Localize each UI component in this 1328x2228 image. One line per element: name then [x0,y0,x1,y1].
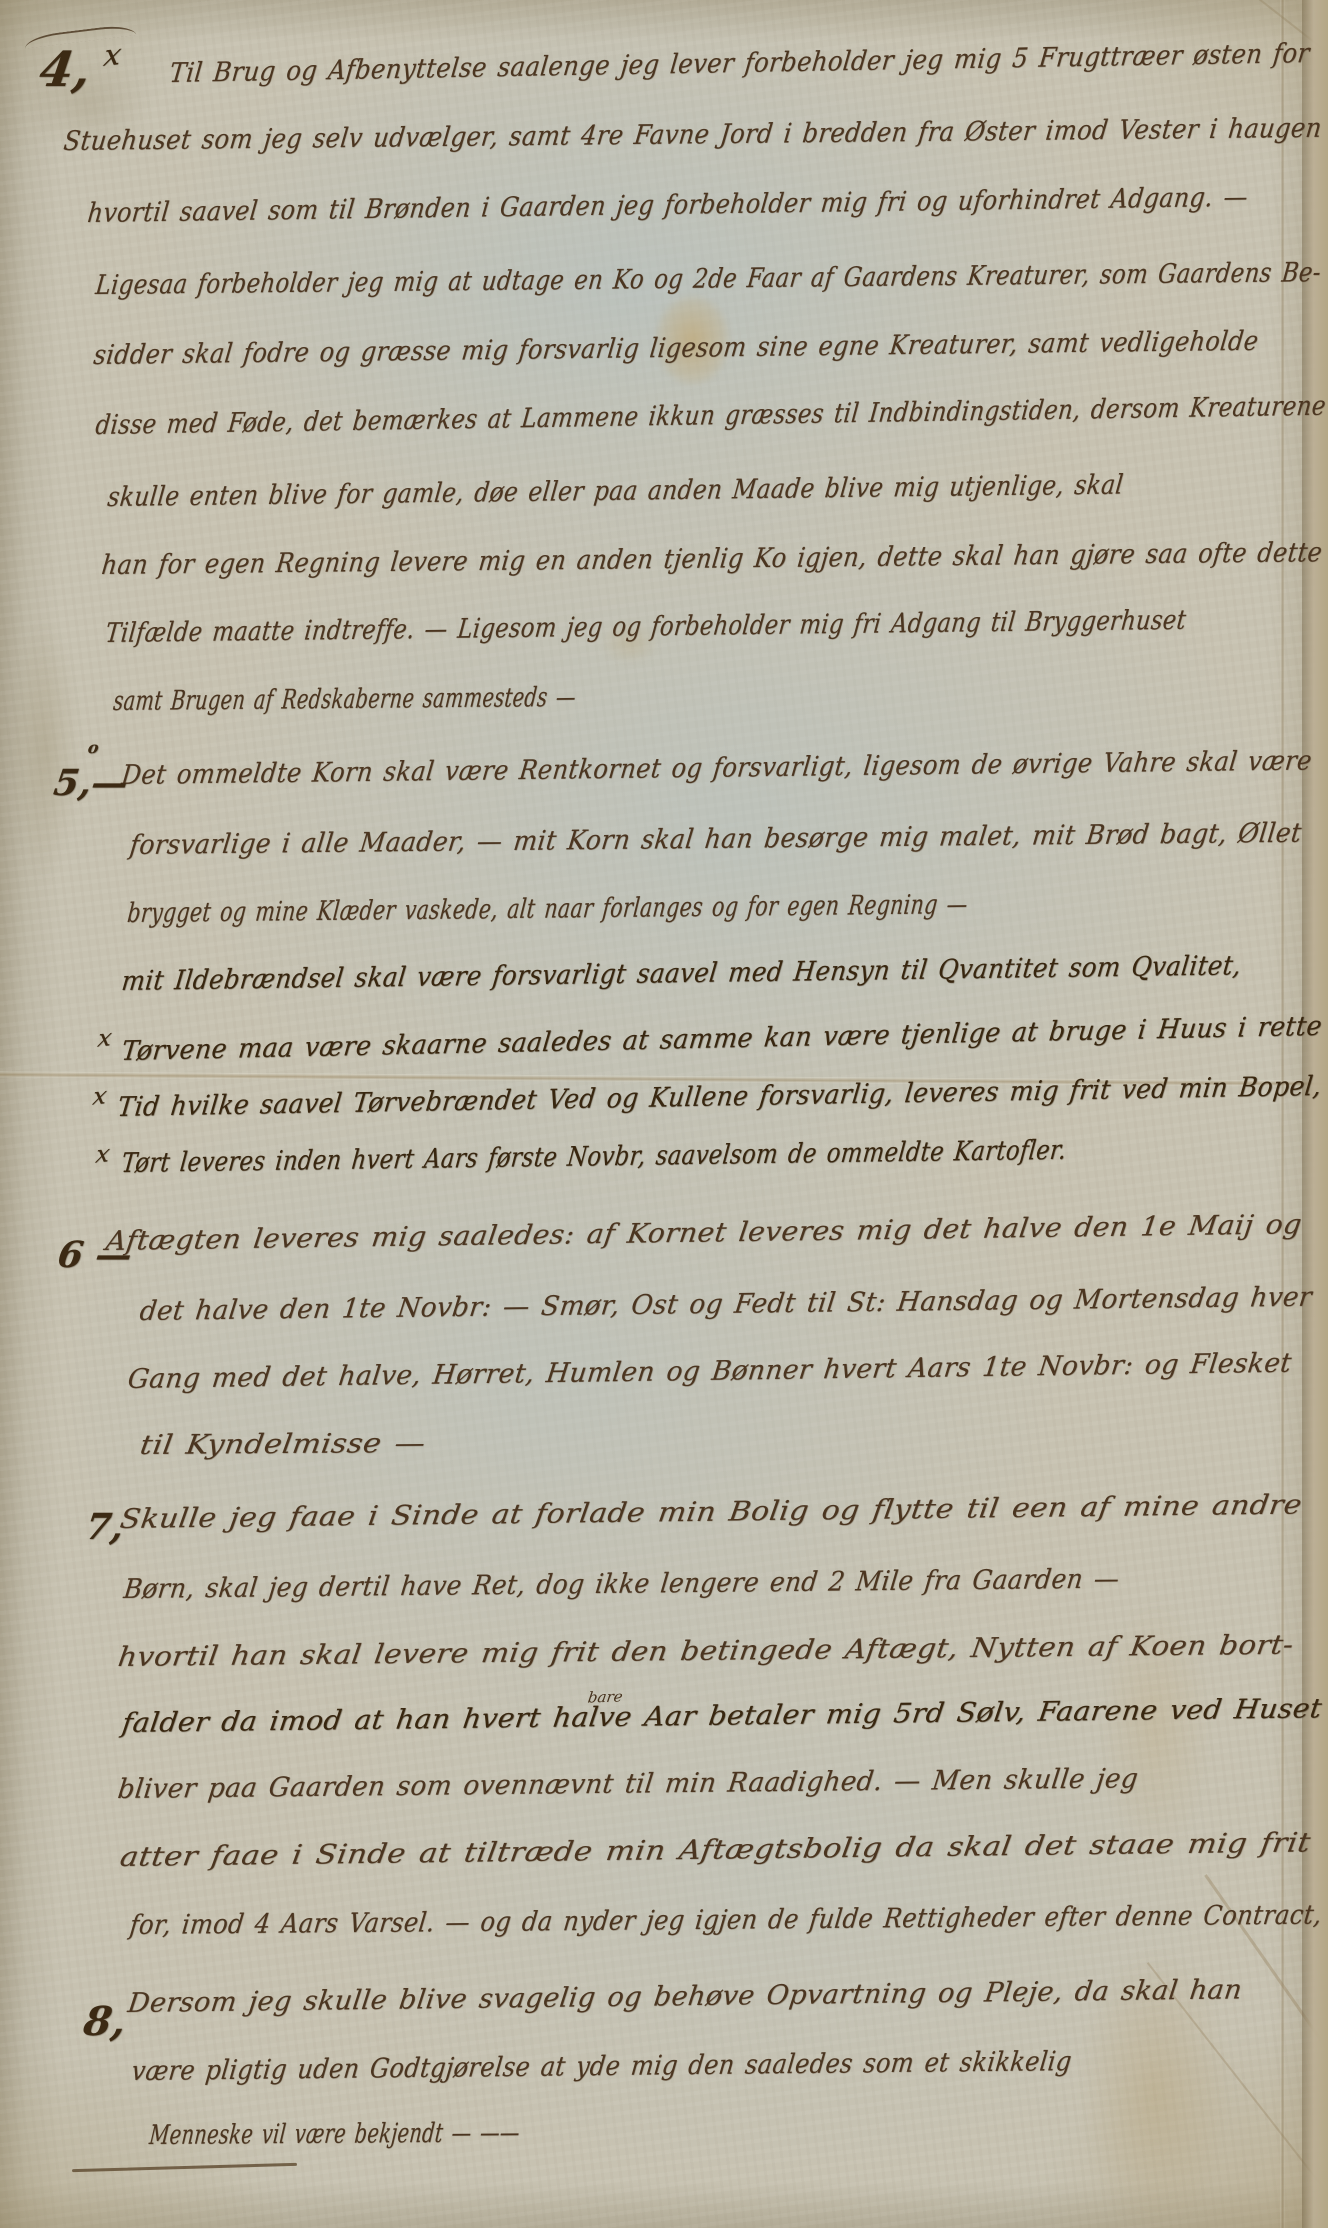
manuscript-line: Til Brug og Afbenyttelse saalenge jeg le… [168,38,1311,89]
manuscript-line: mit Ildebrændsel skal være forsvarligt s… [120,950,1243,997]
manuscript-line: Menneske vil være bekjendt — —— [148,2117,521,2151]
manuscript-line: det halve den 1te Novbr: — Smør, Ost og … [138,1282,1314,1327]
manuscript-line: Stuehuset som jeg selv udvælger, samt 4r… [62,113,1323,157]
manuscript-line: hvortil saavel som til Brønden i Gaarden… [86,182,1250,229]
manuscript-line: bliver paa Gaarden som ovennævnt til min… [116,1763,1140,1805]
section-number: 8, [81,1998,129,2045]
manuscript-line: for, imod 4 Aars Varsel. — og da nyder j… [128,1900,1324,1941]
section-number: o [87,738,100,757]
manuscript-line: samt Brugen af Redskaberne sammesteds — [112,682,577,717]
manuscript-line: forsvarlige i alle Maader, — mit Korn sk… [128,818,1303,861]
manuscript-line: Tørt leveres inden hvert Aars første Nov… [120,1135,1068,1179]
section-number: 5,— [51,762,130,804]
margin-correction-mark: x [101,37,123,74]
margin-correction-mark: x [96,1023,114,1052]
margin-correction-mark: x [94,1139,112,1168]
manuscript-line: falder da imod at han hvert halve Aar be… [120,1693,1324,1739]
section-number: 6 — [55,1234,134,1276]
manuscript-line: Tid hvilke saavel Tørvebrændet Ved og Ku… [116,1071,1323,1123]
interline-insertion: bare [587,1687,624,1706]
section-number: 4, [36,42,94,98]
manuscript-line: atter faae i Sinde at tiltræde min Aftæg… [118,1827,1313,1873]
manuscript-line: Aftægten leveres mig saaledes: af Kornet… [104,1209,1304,1257]
manuscript-line: brygget og mine Klæder vaskede, alt naar… [126,889,969,929]
manuscript-line: Børn, skal jeg dertil have Ret, dog ikke… [122,1564,1121,1605]
section-number: 7, [83,1506,126,1548]
manuscript-line: Det ommeldte Korn skal være Rentkornet o… [120,745,1313,791]
manuscript-line: Tørvene maa være skaarne saaledes at sam… [120,1011,1324,1067]
manuscript-line: sidder skal fodre og græsse mig forsvarl… [92,326,1260,371]
margin-correction-mark: x [91,1081,109,1110]
manuscript-line: Skulle jeg faae i Sinde at forlade min B… [118,1490,1304,1535]
manuscript-line: være pligtig uden Godtgjørelse at yde mi… [130,2046,1073,2087]
manuscript-page: Til Brug og Afbenyttelse saalenge jeg le… [0,0,1328,2228]
manuscript-line: Ligesaa forbeholder jeg mig at udtage en… [94,257,1323,301]
manuscript-line: Gang med det halve, Hørret, Humlen og Bø… [126,1348,1293,1395]
text-layer: Til Brug og Afbenyttelse saalenge jeg le… [0,0,1328,2228]
manuscript-line: han for egen Regning levere mig en anden… [100,537,1324,581]
manuscript-line: Dersom jeg skulle blive svagelig og behø… [126,1974,1244,2019]
manuscript-line: Tilfælde maatte indtreffe. — Ligesom jeg… [104,605,1188,649]
manuscript-line: hvortil han skal levere mig frit den bet… [116,1630,1296,1673]
manuscript-line: til Kyndelmisse — [138,1428,428,1461]
manuscript-line: skulle enten blive for gamle, døe eller … [106,470,1125,513]
manuscript-line: disse med Føde, det bemærkes at Lammene … [94,391,1327,441]
